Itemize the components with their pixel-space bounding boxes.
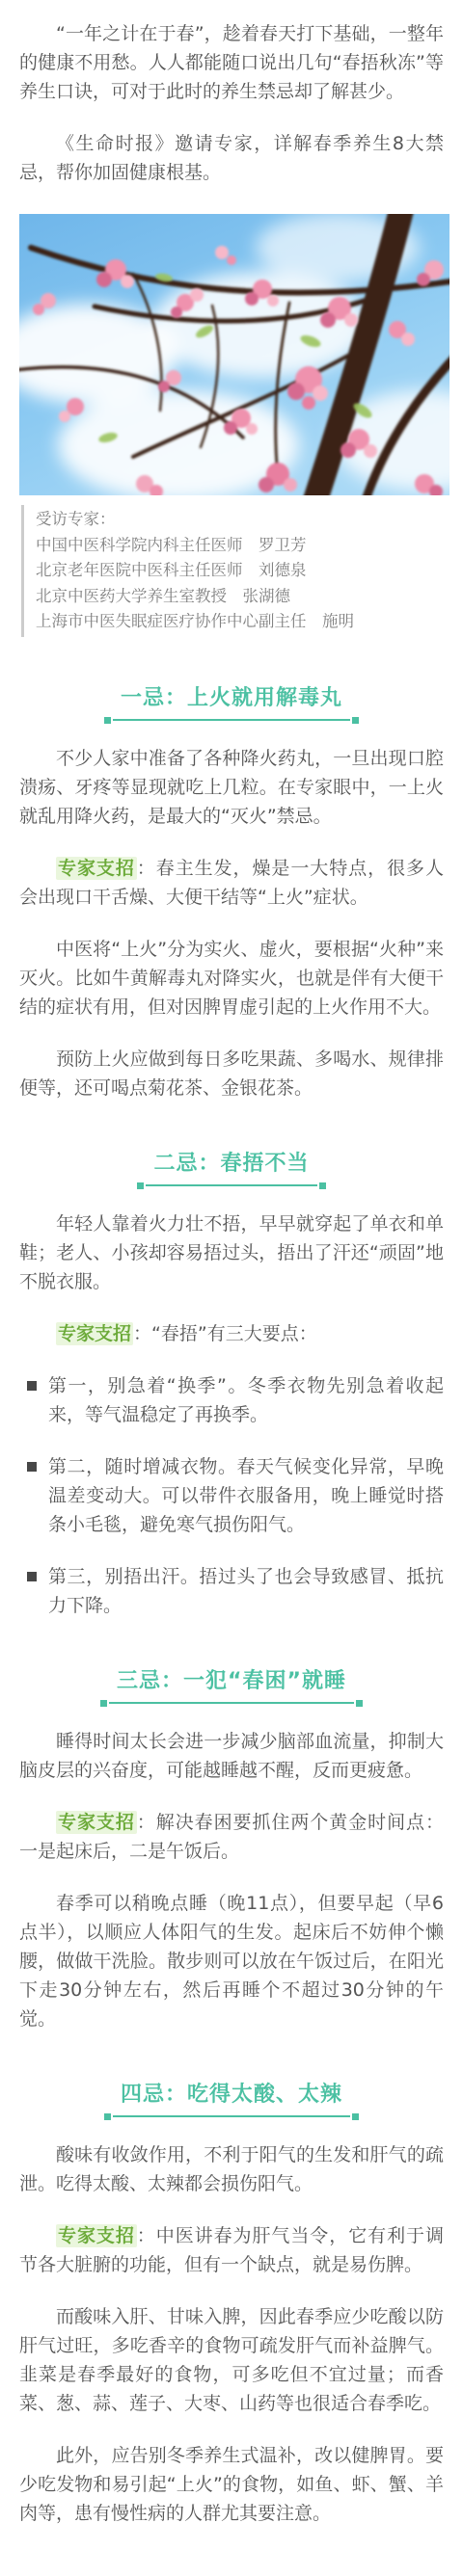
- expert-tip-paragraph: 专家支招：中医讲春为肝气当令，它有利于调节各大脏腑的功能，但有一个缺点，就是易伤…: [19, 2221, 444, 2279]
- expert-item: 中国中医科学院内科主任医师 罗卫芳: [36, 533, 444, 559]
- paragraph: 中医将“上火”分为实火、虚火，要根据“火种”来灭火。比如牛黄解毒丸对降实火，也就…: [19, 935, 444, 1022]
- article-photo[interactable]: [19, 214, 449, 495]
- expert-item: 上海市中医失眠症医疗协作中心副主任 施明: [36, 609, 444, 635]
- expert-item: 北京老年医院中医科主任医师 刘德泉: [36, 558, 444, 584]
- bullet-item: 第二，随时增减衣物。春天气候变化异常，早晚温差变动大。可以带件衣服备用，晚上睡觉…: [19, 1452, 444, 1539]
- paragraph: 酸味有收敛作用，不利于阳气的生发和肝气的疏泄。吃得太酸、太辣都会损伤阳气。: [19, 2140, 444, 2198]
- bullet-square-icon: [27, 1381, 37, 1391]
- bullet-square-icon: [27, 1572, 37, 1581]
- paragraph: 预防上火应做到每日多吃果蔬、多喝水、规律排便等，还可喝点菊花茶、金银花茶。: [19, 1045, 444, 1102]
- paragraph: 睡得时间太长会进一步减少脑部血流量，抑制大脑皮层的兴奋度，可能越睡越不醒，反而更…: [19, 1727, 444, 1785]
- section-2-heading-row: 二忌：春捂不当: [19, 1147, 444, 1186]
- expert-item: 北京中医药大学养生室教授 张湖德: [36, 584, 444, 610]
- expert-tip-label: 专家支招: [56, 2224, 137, 2247]
- bullet-square-icon: [27, 1462, 37, 1472]
- section-4-heading: 四忌：吃得太酸、太辣: [113, 2078, 350, 2117]
- intro-paragraph-1: “一年之计在于春”，趁着春天打下基础，一整年的健康不用愁。人人都能随口说出几句“…: [19, 19, 444, 106]
- section-1-heading-row: 一忌：上火就用解毒丸: [19, 681, 444, 721]
- blossom-photo-graphic: [19, 214, 449, 495]
- intro-paragraph-2: 《生命时报》邀请专家，详解春季养生8大禁忌，帮你加固健康根基。: [19, 129, 444, 187]
- section-1-heading: 一忌：上火就用解毒丸: [113, 681, 350, 721]
- experts-label: 受访专家：: [36, 507, 444, 533]
- paragraph: 此外，应告别冬季养生式温补，改以健脾胃。要少吃发物和易引起“上火”的食物，如鱼、…: [19, 2441, 444, 2528]
- experts-box: 受访专家： 中国中医科学院内科主任医师 罗卫芳 北京老年医院中医科主任医师 刘德…: [21, 505, 444, 637]
- expert-tip-label: 专家支招: [56, 1322, 133, 1345]
- paragraph: 年轻人靠着火力壮不捂，早早就穿起了单衣和单鞋；老人、小孩却容易捂过头，捂出了汗还…: [19, 1209, 444, 1296]
- bullet-item: 第三，别捂出汗。捂过头了也会导致感冒、抵抗力下降。: [19, 1562, 444, 1620]
- expert-tip-label: 专家支招: [56, 1811, 137, 1834]
- expert-tip-label: 专家支招: [56, 857, 137, 880]
- paragraph: 而酸味入肝、甘味入脾，因此春季应少吃酸以防肝气过旺，多吃香辛的食物可疏发肝气而补…: [19, 2302, 444, 2418]
- expert-tip-paragraph: 专家支招：解决春困要抓住两个黄金时间点：一是起床后，二是午饭后。: [19, 1808, 444, 1866]
- bullet-item: 第一，别急着“换季”。冬季衣物先别急着收起来，等气温稳定了再换季。: [19, 1371, 444, 1429]
- section-3-heading-row: 三忌：一犯“春困”就睡: [19, 1664, 444, 1704]
- section-2-heading: 二忌：春捂不当: [146, 1147, 316, 1186]
- expert-tip-text: ：“春捂”有三大要点：: [133, 1323, 317, 1344]
- bullet-text: 第二，随时增减衣物。春天气候变化异常，早晚温差变动大。可以带件衣服备用，晚上睡觉…: [48, 1452, 444, 1539]
- bullet-text: 第一，别急着“换季”。冬季衣物先别急着收起来，等气温稳定了再换季。: [48, 1371, 444, 1429]
- paragraph: 不少人家中准备了各种降火药丸，一旦出现口腔溃疡、牙疼等显现就吃上几粒。在专家眼中…: [19, 744, 444, 831]
- bullet-text: 第三，别捂出汗。捂过头了也会导致感冒、抵抗力下降。: [48, 1562, 444, 1620]
- expert-tip-paragraph: 专家支招：春主生发，燥是一大特点，很多人会出现口干舌燥、大便干结等“上火”症状。: [19, 854, 444, 912]
- section-4-heading-row: 四忌：吃得太酸、太辣: [19, 2078, 444, 2117]
- paragraph: 春季可以稍晚点睡（晚11点），但要早起（早6点半），以顺应人体阳气的生发。起床后…: [19, 1889, 444, 2033]
- article-page: “一年之计在于春”，趁着春天打下基础，一整年的健康不用愁。人人都能随口说出几句“…: [0, 0, 463, 2576]
- expert-tip-paragraph: 专家支招：“春捂”有三大要点：: [19, 1319, 444, 1348]
- section-3-heading: 三忌：一犯“春困”就睡: [109, 1664, 354, 1704]
